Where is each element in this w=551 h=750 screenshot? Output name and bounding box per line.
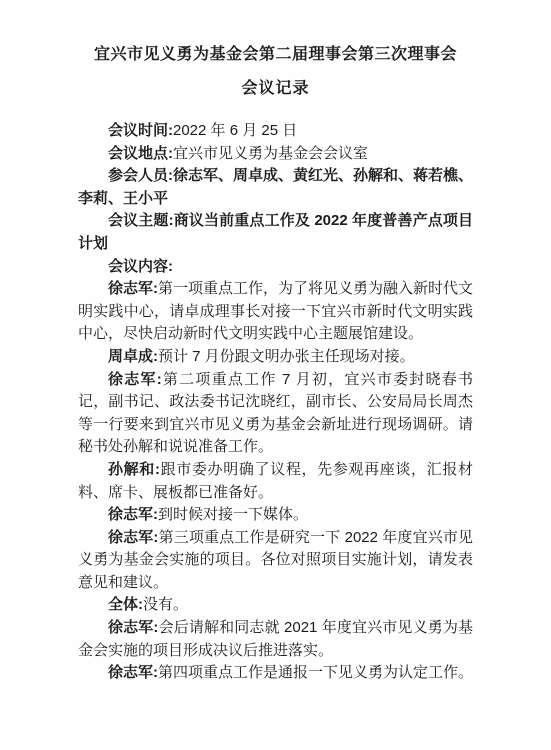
speaker-name: 徐志军: <box>108 664 158 681</box>
meta-label-place: 会议地点: <box>108 145 173 162</box>
meta-label-attendees: 参会人员: <box>108 167 173 184</box>
speech-text: 第四项重点工作是通报一下见义勇为认定工作。 <box>158 664 473 681</box>
document-title: 宜兴市见义勇为基金会第二届理事会第三次理事会 <box>78 44 473 66</box>
meta-label-content: 会议内容: <box>108 258 173 275</box>
meeting-minutes: 宜兴市见义勇为基金会第二届理事会第三次理事会 会议记录 会议时间:2022 年 … <box>78 44 473 685</box>
meta-row-time: 会议时间:2022 年 6 月 25 日 <box>78 120 473 143</box>
speech-text: 到时候对接一下媒体。 <box>158 506 308 523</box>
speech-text: 没有。 <box>143 596 188 613</box>
speaker-name: 徐志军: <box>108 280 158 297</box>
meta-value-place: 宜兴市见义勇为基金会会议室 <box>173 145 368 162</box>
speech-text: 预计 7 月份跟文明办张主任现场对接。 <box>158 348 415 365</box>
speaker-name: 全体: <box>108 596 143 613</box>
dialogue-entry: 孙解和:跟市委办明确了议程，先参观再座谈，汇报材料、席卡、展板都已准备好。 <box>78 459 473 504</box>
speaker-name: 徐志军: <box>108 619 158 636</box>
dialogue-entry: 徐志军:会后请解和同志就 2021 年度宜兴市见义勇为基金会实施的项目形成决议后… <box>78 617 473 662</box>
document-page: 宜兴市见义勇为基金会第二届理事会第三次理事会 会议记录 会议时间:2022 年 … <box>0 0 551 750</box>
dialogue-entry: 徐志军:到时候对接一下媒体。 <box>78 504 473 527</box>
meta-row-place: 会议地点:宜兴市见义勇为基金会会议室 <box>78 143 473 166</box>
document-subtitle: 会议记录 <box>78 78 473 100</box>
meta-row-attendees: 参会人员:徐志军、周卓成、黄红光、孙解和、蒋若樵、李莉、王小平 <box>78 165 473 210</box>
speaker-name: 周卓成: <box>108 348 158 365</box>
dialogue-entry: 徐志军:第二项重点工作 7 月初，宜兴市委封晓春书记，副书记、政法委书记沈晓红，… <box>78 369 473 459</box>
dialogue-entry: 徐志军:第四项重点工作是通报一下见义勇为认定工作。 <box>78 662 473 685</box>
meta-label-topic: 会议主题: <box>108 212 174 229</box>
speaker-name: 徐志军: <box>108 371 162 388</box>
dialogue-entry: 周卓成:预计 7 月份跟文明办张主任现场对接。 <box>78 346 473 369</box>
speaker-name: 徐志军: <box>108 529 158 546</box>
meta-row-content-heading: 会议内容: <box>78 256 473 279</box>
dialogue-entry: 徐志军:第一项重点工作，为了将见义勇为融入新时代文明实践中心，请卓成理事长对接一… <box>78 278 473 346</box>
meta-label-time: 会议时间: <box>108 122 173 139</box>
meta-value-time: 2022 年 6 月 25 日 <box>173 122 297 139</box>
speaker-name: 孙解和: <box>108 461 160 478</box>
speaker-name: 徐志军: <box>108 506 158 523</box>
meta-row-topic: 会议主题:商议当前重点工作及 2022 年度普善产点项目计划 <box>78 210 473 255</box>
dialogue-entry: 全体:没有。 <box>78 594 473 617</box>
dialogue-entry: 徐志军:第三项重点工作是研究一下 2022 年度宜兴市见义勇为基金会实施的项目。… <box>78 527 473 595</box>
